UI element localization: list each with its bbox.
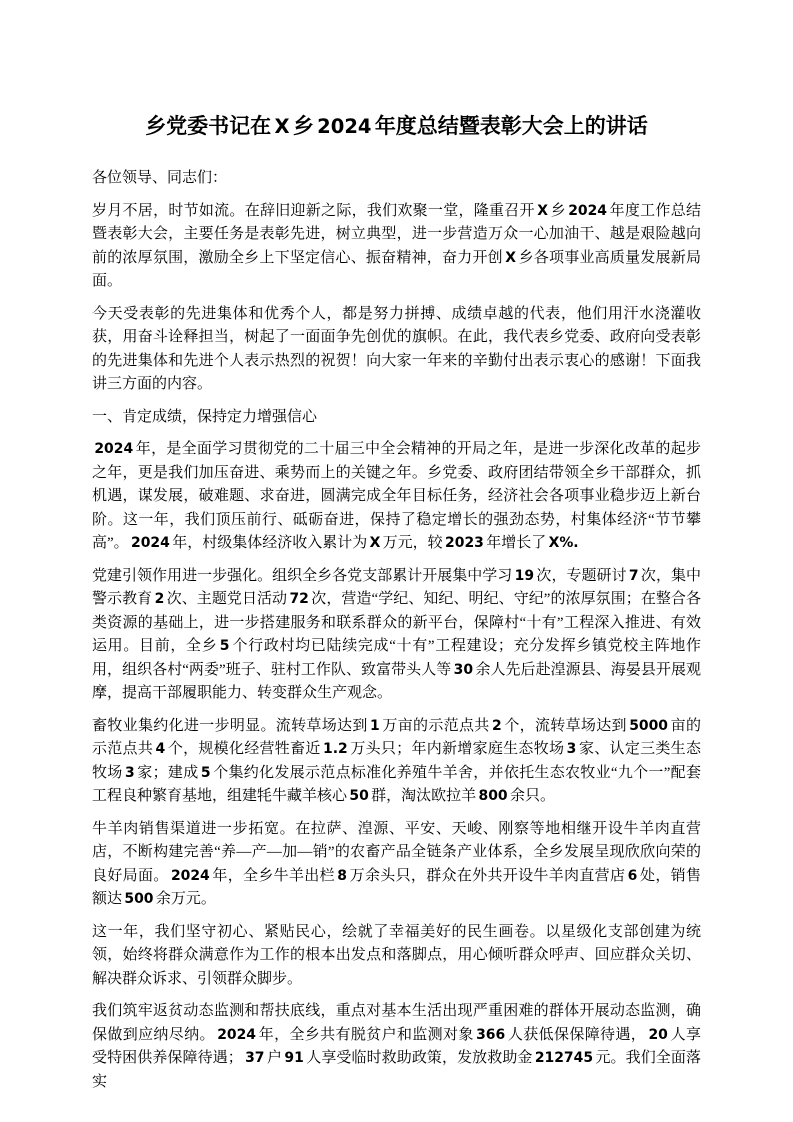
- paragraph-husbandry: 畜牧业集约化进一步明显。流转草场达到1万亩的示范点共2个，流转草场达到5000亩…: [92, 715, 701, 809]
- section-heading-1: 一、肯定成绩，保持定力增强信心: [92, 406, 701, 430]
- document-page: 乡党委书记在X乡2024年度总结暨表彰大会上的讲话 各位领导、同志们： 岁月不居…: [0, 0, 793, 1122]
- paragraph-meat-sales: 牛羊肉销售渠道进一步拓宽。在拉萨、湟源、平安、天峻、刚察等地相继开设牛羊肉直营店…: [92, 818, 701, 912]
- paragraph-overview: 2024年，是全面学习贯彻党的二十届三中全会精神的开局之年，是进一步深化改革的起…: [92, 438, 701, 556]
- paragraph-party-building: 党建引领作用进一步强化。组织全乡各党支部累计开展集中学习19次，专题研讨7次，集…: [92, 565, 701, 706]
- document-title: 乡党委书记在X乡2024年度总结暨表彰大会上的讲话: [134, 106, 660, 147]
- paragraph-livelihood: 这一年，我们坚守初心、紧贴民心，绘就了幸福美好的民生画卷。以星级化支部创建为统领…: [92, 921, 701, 992]
- paragraph-poverty-relief: 我们筑牢返贫动态监测和帮扶底线，重点对基本生活出现严重困难的群体开展动态监测，确…: [92, 1000, 701, 1094]
- paragraph-opening: 岁月不居，时节如流。在辞旧迎新之际，我们欢聚一堂，隆重召开X乡2024年度工作总…: [92, 200, 701, 294]
- greeting-line: 各位领导、同志们：: [92, 167, 701, 191]
- paragraph-congratulations: 今天受表彰的先进集体和优秀个人，都是努力拼搏、成绩卓越的代表，他们用汗水浇灌收获…: [92, 303, 701, 397]
